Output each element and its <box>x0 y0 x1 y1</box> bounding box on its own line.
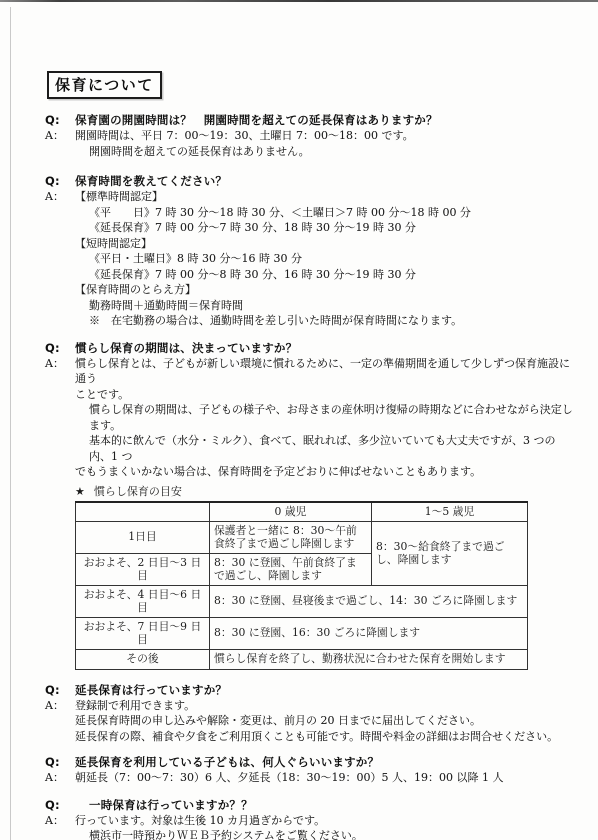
question-line: Q: 保育時間を教えてください？ <box>45 173 577 189</box>
cell-day7-9: 8：30 に登園、16：30 ごろに降園します <box>210 617 528 649</box>
answer-line: 勤務時間＋通勤時間＝保育時間 <box>75 298 577 314</box>
trial-care-caption-line: ★慣らし保育の目安 <box>45 484 577 499</box>
a-label: A： <box>45 813 64 829</box>
answer-block: A： 行っています。対象は生後 10 カ月過ぎからです。 横浜市一時預かりＷＥＢ… <box>45 813 577 840</box>
trial-care-table: 0 歳児 1～5 歳児 1日目 保護者と一緒に 8：30～午前食終了まで過ごし降… <box>75 501 528 670</box>
row-label: おおよそ、7 日目～9 日目 <box>76 617 210 649</box>
a-label: A： <box>45 128 64 144</box>
q-label: Q: <box>45 173 60 189</box>
answer-line: 《延長保育》7 時 00 分～7 時 30 分、18 時 30 分～19 時 3… <box>75 220 577 236</box>
table-header-row: 0 歳児 1～5 歳児 <box>76 502 528 522</box>
answer-line: 開園時間は、平日 7：00～19：30、土曜日 7：00～18：00 です。 <box>75 128 577 144</box>
answer-line: 慣らし保育の期間は、子どもの様子や、お母さまの産休明け復帰の時期などに合わせなが… <box>75 402 577 433</box>
question-line: Q: 延長保育は行っていますか？ <box>45 682 577 698</box>
cell-after: 慣らし保育を終了し、勤務状況に合わせた保育を開始します <box>210 649 528 669</box>
qa-section-trial-care-period: Q: 慣らし保育の期間は、決まっていますか？ A： 慣らし保育とは、子どもが新し… <box>45 340 577 480</box>
question-line: Q: 延長保育を利用している子どもは、何人ぐらいいますか？ <box>45 754 577 770</box>
answer-line: ※ 在宅勤務の場合は、通勤時間を差し引いた時間が保育時間になります。 <box>75 313 577 329</box>
answer-line: 《平 日》7 時 30 分～18 時 30 分、＜土曜日＞7 時 00 分～18… <box>75 205 577 221</box>
cell-age0-day2-3: 8：30 に登園、午前食終了まで過ごし、降園します <box>210 553 372 585</box>
question-line: Q: 一時保育は行っていますか？？ <box>45 797 577 813</box>
document-content: 保育について Q: 保育園の開園時間は？ 開園時間を超えての延長保育はありますか… <box>45 0 577 840</box>
answer-line: 登録制で利用できます。 <box>75 698 577 714</box>
row-label: 1日目 <box>76 521 210 553</box>
answer-line: 《平日・土曜日》8 時 30 分～16 時 30 分 <box>75 251 577 267</box>
qa-section-extended-care-count: Q: 延長保育を利用している子どもは、何人ぐらいいますか？ A： 朝延長（7：0… <box>45 754 577 786</box>
question-text: 一時保育は行っていますか？？ <box>75 797 253 813</box>
q-label: Q: <box>45 682 60 698</box>
question-text: 保育園の開園時間は？ 開園時間を超えての延長保育はありますか？ <box>75 113 438 127</box>
answer-block: A： 朝延長（7：00～7：30）6 人、夕延長（18：30～19：00）5 人… <box>45 770 577 786</box>
answer-line: 延長保育の際、補食や夕食をご利用頂くことも可能です。時間や料金の詳細はお問合せく… <box>75 729 577 745</box>
question-line: Q: 保育園の開園時間は？ 開園時間を超えての延長保育はありますか？ <box>45 112 577 128</box>
table-row-after: その後 慣らし保育を終了し、勤務状況に合わせた保育を開始します <box>76 649 528 669</box>
answer-line: でもうまくいかない場合は、保育時間を予定どおりに伸ばせないこともあります。 <box>75 464 577 480</box>
qa-section-opening-hours: Q: 保育園の開園時間は？ 開園時間を超えての延長保育はありますか？ A： 開園… <box>45 112 577 159</box>
q-label: Q: <box>45 797 60 813</box>
answer-block: A： 慣らし保育とは、子どもが新しい環境に慣れるために、一定の準備期間を通して少… <box>45 356 577 480</box>
a-label: A： <box>45 770 64 786</box>
q-label: Q: <box>45 112 60 128</box>
answer-line: 慣らし保育とは、子どもが新しい環境に慣れるために、一定の準備期間を通して少しずつ… <box>75 356 577 387</box>
header-cell-age1to5: 1～5 歳児 <box>372 502 528 522</box>
question-text: 延長保育は行っていますか？ <box>75 683 227 697</box>
cell-day4-6: 8：30 に登園、昼寝後まで過ごし、14：30 ごろに降園します <box>210 585 528 617</box>
answer-line: 行っています。対象は生後 10 カ月過ぎからです。 <box>75 813 577 829</box>
a-label: A： <box>45 698 64 714</box>
header-cell-blank <box>76 502 210 522</box>
question-text: 慣らし保育の期間は、決まっていますか？ <box>75 341 297 355</box>
q-label: Q: <box>45 754 60 770</box>
question-line: Q: 慣らし保育の期間は、決まっていますか？ <box>45 340 577 356</box>
answer-block: A： 開園時間は、平日 7：00～19：30、土曜日 7：00～18：00 です… <box>45 128 577 159</box>
answer-line: 《延長保育》7 時 00 分～8 時 30 分、16 時 30 分～19 時 3… <box>75 267 577 283</box>
answer-line: 横浜市一時預かりＷＥＢ予約システムをご覧ください。 <box>75 828 577 840</box>
row-label: おおよそ、2 日目～3 日目 <box>76 553 210 585</box>
table-row-day4-6: おおよそ、4 日目～6 日目 8：30 に登園、昼寝後まで過ごし、14：30 ご… <box>76 585 528 617</box>
trial-care-caption: 慣らし保育の目安 <box>85 485 182 498</box>
answer-line: 延長保育時間の申し込みや解除・変更は、前月の 20 日までに届出してください。 <box>75 713 577 729</box>
answer-block: A： 登録制で利用できます。 延長保育時間の申し込みや解除・変更は、前月の 20… <box>45 698 577 745</box>
answer-line: 開園時間を超えての延長保育はありません。 <box>75 144 577 160</box>
qa-section-temporary-care: Q: 一時保育は行っていますか？？ A： 行っています。対象は生後 10 カ月過… <box>45 797 577 840</box>
answer-line: 【短時間認定】 <box>75 236 577 252</box>
scanned-document-page: 保育について Q: 保育園の開園時間は？ 開園時間を超えての延長保育はありますか… <box>0 0 598 840</box>
answer-line: ことです。 <box>75 387 577 403</box>
scan-edge-left <box>10 7 11 840</box>
row-label: おおよそ、4 日目～6 日目 <box>76 585 210 617</box>
q-label: Q: <box>45 340 60 356</box>
qa-section-extended-care: Q: 延長保育は行っていますか？ A： 登録制で利用できます。 延長保育時間の申… <box>45 682 577 745</box>
answer-block: A： 【標準時間認定】 《平 日》7 時 30 分～18 時 30 分、＜土曜日… <box>45 189 577 329</box>
cell-age0-day1: 保護者と一緒に 8：30～午前食終了まで過ごし降園します <box>210 521 372 553</box>
a-label: A： <box>45 189 64 205</box>
qa-section-care-hours: Q: 保育時間を教えてください？ A： 【標準時間認定】 《平 日》7 時 30… <box>45 173 577 329</box>
star-icon: ★ <box>75 485 85 498</box>
answer-line: 朝延長（7：00～7：30）6 人、夕延長（18：30～19：00）5 人、19… <box>75 770 577 786</box>
question-text: 延長保育を利用している子どもは、何人ぐらいいますか？ <box>75 755 379 769</box>
page-title: 保育について <box>47 71 162 99</box>
table-row-day1: 1日目 保護者と一緒に 8：30～午前食終了まで過ごし降園します 8：30～給食… <box>76 521 528 553</box>
question-text: 保育時間を教えてください？ <box>75 174 227 188</box>
answer-line: 【保育時間のとらえ方】 <box>75 282 577 298</box>
a-label: A： <box>45 356 64 372</box>
header-cell-age0: 0 歳児 <box>210 502 372 522</box>
answer-line: 基本的に飲んで（水分・ミルク）、食べて、眠れれば、多少泣いていても大丈夫ですが、… <box>75 433 577 464</box>
row-label: その後 <box>76 649 210 669</box>
answer-line: 【標準時間認定】 <box>75 189 577 205</box>
cell-age1to5-day1to3: 8：30～給食終了まで過ごし、降園します <box>372 521 528 585</box>
table-row-day7-9: おおよそ、7 日目～9 日目 8：30 に登園、16：30 ごろに降園します <box>76 617 528 649</box>
